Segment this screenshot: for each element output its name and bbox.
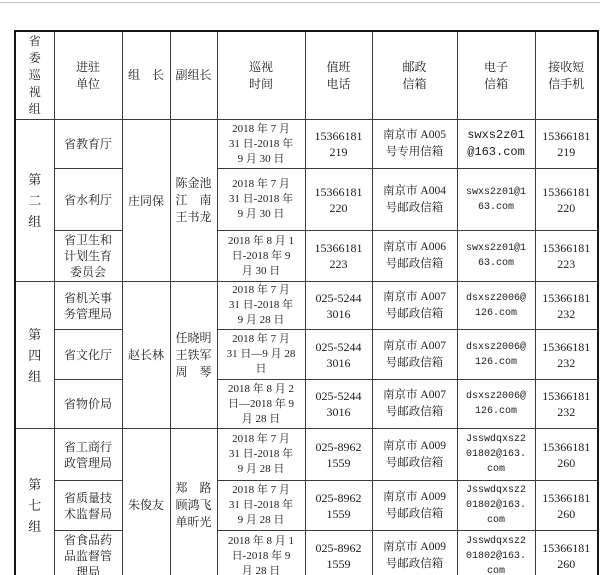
- inspection-table: 省 委 巡 视 组 进驻 单位 组 长 副组长 巡视 时间 值班 电话 邮政 信…: [14, 30, 599, 575]
- mailbox-cell: 南京市 A009 号邮政信箱: [372, 429, 457, 481]
- time-cell: 2018 年 7 月 31 日-2018 年 9 月 28 日: [217, 429, 305, 481]
- phone-cell: 025-5244 3016: [305, 330, 372, 380]
- email-cell: swxs2z01@1 63.com: [457, 169, 535, 231]
- unit-cell: 省食品药 品监督管 理局: [54, 531, 122, 575]
- group-label-cell: 第 七 组: [15, 429, 54, 575]
- email-cell: Jsswdqxsz2 01802@163. com: [457, 531, 535, 575]
- leader-cell: 赵长林: [122, 282, 170, 429]
- deputy-cell: 郑 路 顾鸿飞 单昕光: [170, 429, 217, 575]
- mailbox-cell: 南京市 A006 号邮政信箱: [372, 231, 457, 282]
- time-cell: 2018 年 7 月 31 日-2018 年 9 月 30 日: [217, 169, 305, 231]
- table-row: 第 二 组 省教育厅 庄同保 陈金池 江 南 王书龙 2018 年 7 月 31…: [15, 120, 598, 169]
- deputy-cell: 陈金池 江 南 王书龙: [170, 120, 217, 282]
- mailbox-cell: 南京市 A007 号邮政信箱: [372, 380, 457, 429]
- header-cell-leader: 组 长: [122, 31, 170, 120]
- email-cell: swxs2z01 @163.com: [457, 120, 535, 169]
- unit-cell: 省工商行 政管理局: [54, 429, 122, 481]
- unit-cell: 省文化厅: [54, 330, 122, 380]
- table-row: 省卫生和 计划生育 委员会 2018 年 8 月 1 日-2018 年 9 月 …: [15, 231, 598, 282]
- phone-cell: 025-8962 1559: [305, 481, 372, 531]
- deputy-cell: 任晓明 王铁军 周 琴: [170, 282, 217, 429]
- header-row: 省 委 巡 视 组 进驻 单位 组 长 副组长 巡视 时间 值班 电话 邮政 信…: [15, 31, 598, 120]
- table-row: 省质量技 术监督局 2018 年 7 月 31 日-2018 年 9 月 28 …: [15, 481, 598, 531]
- time-cell: 2018 年 7 月 31 日-2018 年 9 月 30 日: [217, 120, 305, 169]
- email-cell: dsxsz2006@ 126.com: [457, 330, 535, 380]
- table-row: 第 七 组 省工商行 政管理局 朱俊友 郑 路 顾鸿飞 单昕光 2018 年 7…: [15, 429, 598, 481]
- mailbox-cell: 南京市 A007 号邮政信箱: [372, 282, 457, 330]
- mailbox-cell: 南京市 A009 号邮政信箱: [372, 481, 457, 531]
- header-cell-unit: 进驻 单位: [54, 31, 122, 120]
- phone-cell: 15366181 223: [305, 231, 372, 282]
- group-label-cell: 第 四 组: [15, 282, 54, 429]
- unit-cell: 省机关事 务管理局: [54, 282, 122, 330]
- unit-cell: 省水利厅: [54, 169, 122, 231]
- unit-cell: 省物价局: [54, 380, 122, 429]
- group-label-cell: 第 二 组: [15, 120, 54, 282]
- header-cell-phone: 值班 电话: [305, 31, 372, 120]
- email-cell: dsxsz2006@ 126.com: [457, 282, 535, 330]
- mailbox-cell: 南京市 A005 号专用信箱: [372, 120, 457, 169]
- phone-cell: 025-8962 1559: [305, 531, 372, 575]
- email-cell: Jsswdqxsz2 01802@163. com: [457, 481, 535, 531]
- phone-cell: 025-8962 1559: [305, 429, 372, 481]
- time-cell: 2018 年 8 月 1 日-2018 年 9 月 30 日: [217, 231, 305, 282]
- header-cell-email: 电子 信箱: [457, 31, 535, 120]
- sms-cell: 15366181 260: [535, 531, 598, 575]
- table-row: 省文化厅 2018 年 7 月 31 日—9 月 28 日 025-5244 3…: [15, 330, 598, 380]
- header-cell-sms: 接收短 信手机: [535, 31, 598, 120]
- document-page: 省 委 巡 视 组 进驻 单位 组 长 副组长 巡视 时间 值班 电话 邮政 信…: [0, 0, 600, 575]
- header-cell-deputy: 副组长: [170, 31, 217, 120]
- time-cell: 2018 年 7 月 31 日-2018 年 9 月 28 日: [217, 481, 305, 531]
- sms-cell: 15366181 220: [535, 169, 598, 231]
- table-row: 省水利厅 2018 年 7 月 31 日-2018 年 9 月 30 日 153…: [15, 169, 598, 231]
- phone-cell: 15366181 219: [305, 120, 372, 169]
- header-cell-time: 巡视 时间: [217, 31, 305, 120]
- sms-cell: 15366181 232: [535, 282, 598, 330]
- sms-cell: 15366181 219: [535, 120, 598, 169]
- time-cell: 2018 年 7 月 31 日—9 月 28 日: [217, 330, 305, 380]
- header-cell-group: 省 委 巡 视 组: [15, 31, 54, 120]
- leader-cell: 朱俊友: [122, 429, 170, 575]
- sms-cell: 15366181 232: [535, 380, 598, 429]
- mailbox-cell: 南京市 A009 号邮政信箱: [372, 531, 457, 575]
- mailbox-cell: 南京市 A004 号邮政信箱: [372, 169, 457, 231]
- leader-cell: 庄同保: [122, 120, 170, 282]
- top-divider: [0, 2, 600, 3]
- time-cell: 2018 年 7 月 31 日-2018 年 9 月 28 日: [217, 282, 305, 330]
- email-cell: Jsswdqxsz2 01802@163. com: [457, 429, 535, 481]
- phone-cell: 025-5244 3016: [305, 380, 372, 429]
- time-cell: 2018 年 8 月 1 日-2018 年 9 月 28 日: [217, 531, 305, 575]
- unit-cell: 省教育厅: [54, 120, 122, 169]
- table-row: 第 四 组 省机关事 务管理局 赵长林 任晓明 王铁军 周 琴 2018 年 7…: [15, 282, 598, 330]
- header-cell-mailbox: 邮政 信箱: [372, 31, 457, 120]
- sms-cell: 15366181 223: [535, 231, 598, 282]
- email-cell: dsxsz2006@ 126.com: [457, 380, 535, 429]
- time-cell: 2018 年 8 月 2 日—2018 年 9 月 28 日: [217, 380, 305, 429]
- sms-cell: 15366181 260: [535, 429, 598, 481]
- unit-cell: 省质量技 术监督局: [54, 481, 122, 531]
- unit-cell: 省卫生和 计划生育 委员会: [54, 231, 122, 282]
- phone-cell: 15366181 220: [305, 169, 372, 231]
- table-row: 省食品药 品监督管 理局 2018 年 8 月 1 日-2018 年 9 月 2…: [15, 531, 598, 575]
- table-row: 省物价局 2018 年 8 月 2 日—2018 年 9 月 28 日 025-…: [15, 380, 598, 429]
- sms-cell: 15366181 232: [535, 330, 598, 380]
- phone-cell: 025-5244 3016: [305, 282, 372, 330]
- sms-cell: 15366181 260: [535, 481, 598, 531]
- email-cell: swxs2z01@1 63.com: [457, 231, 535, 282]
- mailbox-cell: 南京市 A007 号邮政信箱: [372, 330, 457, 380]
